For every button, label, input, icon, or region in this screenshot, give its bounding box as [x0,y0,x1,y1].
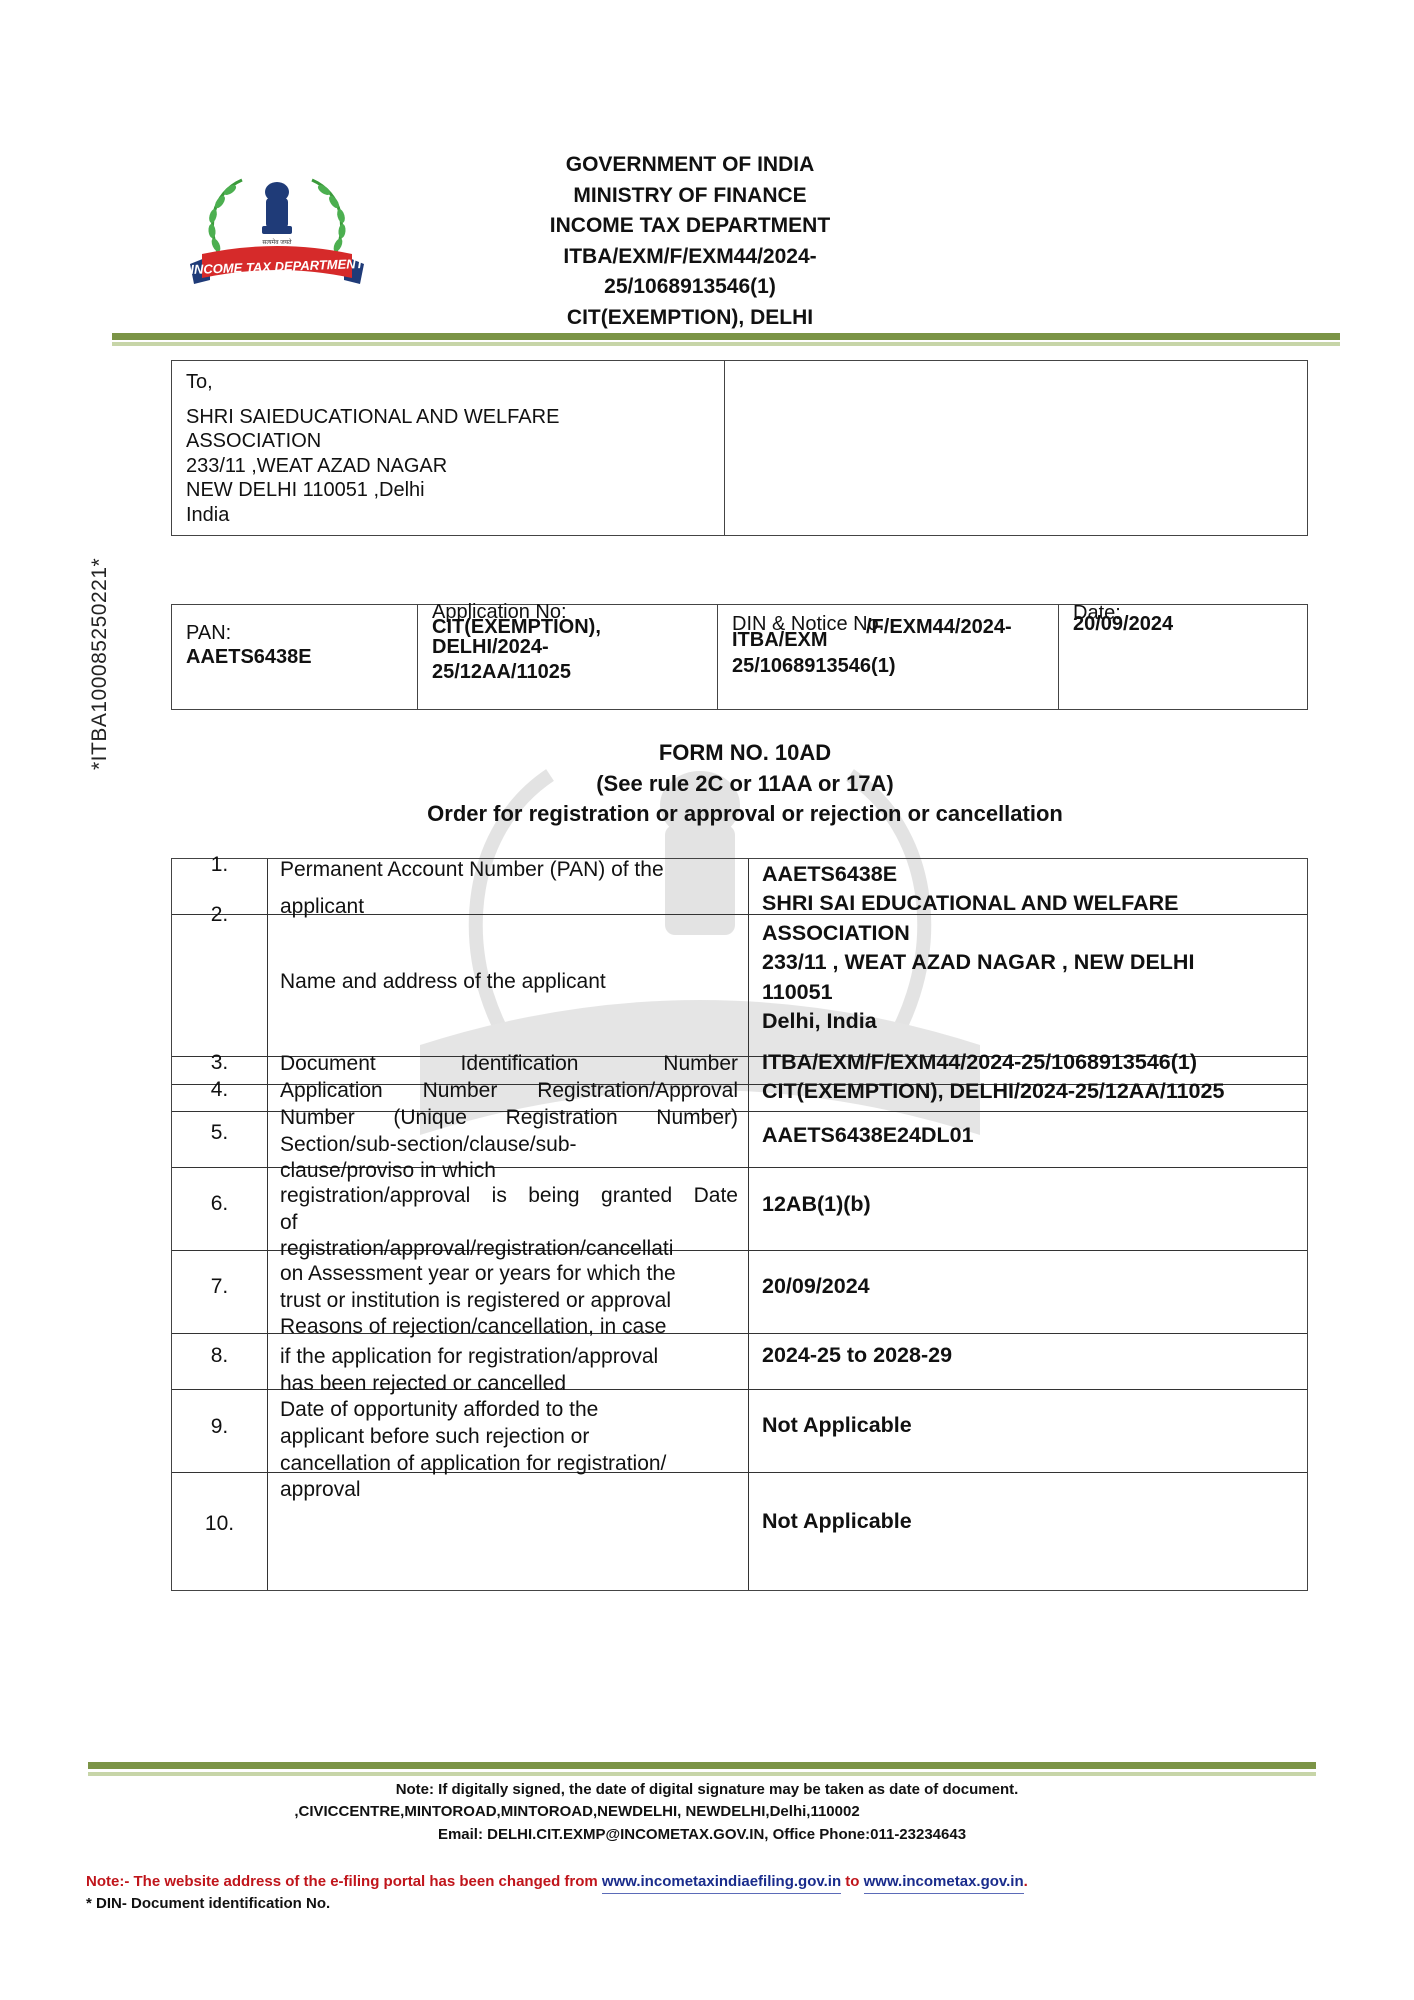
recipient-address: To, SHRI SAIEDUCATIONAL AND WELFARE ASSO… [172,361,725,535]
header-divider-light [112,342,1340,346]
portal-note-suffix: . [1024,1873,1028,1890]
row-value-section: 12AB(1)(b) [762,1190,1302,1220]
row-number: 8. [172,1344,267,1368]
to-label: To, [186,370,724,395]
row-number: 3. [172,1051,267,1075]
din-notice-cell: DIN & Notice No: /F/EXM44/2024- ITBA/EXM… [718,605,1059,709]
row-description: Permanent Account Number (PAN) of the ap… [280,851,738,925]
pan-cell: PAN: AAETS6438E [172,605,418,709]
application-number-line: CIT(EXEMPTION), [432,617,712,637]
document-header: GOVERNMENT OF INDIA MINISTRY OF FINANCE … [490,150,890,333]
old-portal-link[interactable]: www.incometaxindiaefiling.gov.in [602,1873,841,1894]
row-description: Name and address of the applicant [280,969,738,996]
digital-signature-note: Note: If digitally signed, the date of d… [0,1781,1414,1798]
description-line: applicant before such rejection or [280,1424,738,1451]
row-number: 9. [172,1415,267,1439]
din-notice-value: ITBA/EXM 25/1068913546(1) [732,627,895,679]
form-number: FORM NO. 10AD [300,738,1190,769]
description-line: cancellation of application for registra… [280,1451,738,1478]
description-line: Section/sub-section/clause/sub- [280,1132,738,1159]
office-contact: Email: DELHI.CIT.EXMP@INCOMETAX.GOV.IN, … [0,1826,1409,1843]
description-line: if the application for registration/appr… [280,1344,738,1371]
description-line: clause/proviso in which [280,1158,738,1185]
description-line: on Assessment year or years for which th… [280,1261,738,1288]
din-notice-line: ITBA/EXM [732,627,895,653]
description-line: approval [280,1477,738,1504]
applicant-name-line: SHRI SAI EDUCATIONAL AND WELFARE [762,889,1302,919]
row-value-name-address: SHRI SAI EDUCATIONAL AND WELFARE ASSOCIA… [762,889,1302,1037]
svg-text:सत्यमेव जयते: सत्यमेव जयते [262,238,292,246]
portal-change-note: Note:- The website address of the e-fili… [86,1873,1028,1890]
reference-info-row: PAN: AAETS6438E Application No: CIT(EXEM… [171,604,1308,710]
column-divider [267,859,268,1590]
application-number-line: DELHI/2024- [432,637,712,657]
income-tax-department-logo: सत्यमेव जयते INCOME TAX DEPARTMENT [182,168,372,298]
date-cell: Date: 20/09/2024 [1059,605,1307,709]
row-description: Document Identification Number [280,1051,738,1078]
office-address: ,CIVICCENTRE,MINTOROAD,MINTOROAD,NEWDELH… [0,1803,1284,1820]
row-description: applicant before such rejection or cance… [280,1424,738,1504]
description-line: has been rejected or cancelled [280,1371,738,1398]
portal-note-to: to [841,1873,864,1890]
row-value-opportunity-date: Not Applicable [762,1507,1302,1537]
application-number-line: 25/12AA/11025 [432,657,712,687]
row-description: registration/approval is being granted D… [280,1183,738,1263]
portal-note-text: Note:- The website address of the e-fili… [86,1873,602,1890]
pan-label: PAN: [186,621,417,645]
header-divider [112,333,1340,340]
din-footnote: * DIN- Document identification No. [86,1895,330,1912]
description-line: Reasons of rejection/cancellation, in ca… [280,1314,738,1341]
row-number: 2. [172,903,267,927]
order-details-table: 1. Permanent Account Number (PAN) of the… [171,858,1308,1591]
form-subtitle: Order for registration or approval or re… [300,799,1190,830]
row-number: 6. [172,1192,267,1216]
description-line: registration/approval/registration/cance… [280,1236,738,1263]
header-line-reference-2: 25/1068913546(1) [490,272,890,303]
row-value-registration-date: 20/09/2024 [762,1272,1302,1302]
applicant-address-line: 110051 [762,978,1302,1008]
row-number: 4. [172,1078,267,1102]
description-line: Number (Unique Registration Number) [280,1105,738,1132]
row-number: 5. [172,1121,267,1145]
address-blank-cell [725,361,1307,535]
application-number-value: CIT(EXEMPTION), DELHI/2024- 25/12AA/1102… [432,617,712,687]
description-line: Date of opportunity afforded to the [280,1397,738,1424]
address-line: ASSOCIATION [186,429,724,454]
form-heading: FORM NO. 10AD (See rule 2C or 11AA or 17… [300,738,1190,830]
application-number-cell: Application No: CIT(EXEMPTION), DELHI/20… [418,605,718,709]
row-value-application-number: CIT(EXEMPTION), DELHI/2024-25/12AA/11025 [762,1077,1302,1107]
applicant-address-line: 233/11 , WEAT AZAD NAGAR , NEW DELHI [762,948,1302,978]
applicant-name-line: ASSOCIATION [762,919,1302,949]
row-number: 10. [172,1512,267,1536]
row-description: if the application for registration/appr… [280,1344,738,1424]
header-line-ministry: MINISTRY OF FINANCE [490,181,890,212]
header-line-department: INCOME TAX DEPARTMENT [490,211,890,242]
address-line: SHRI SAIEDUCATIONAL AND WELFARE [186,405,724,430]
description-line: trust or institution is registered or ap… [280,1288,738,1315]
din-notice-line: 25/1068913546(1) [732,653,895,679]
pan-value: AAETS6438E [186,645,417,669]
row-value-assessment-years: 2024-25 to 2028-29 [762,1341,1302,1371]
recipient-address-box: To, SHRI SAIEDUCATIONAL AND WELFARE ASSO… [171,360,1308,536]
form-rule-reference: (See rule 2C or 11AA or 17A) [300,769,1190,800]
row-value-rejection-reasons: Not Applicable [762,1411,1302,1441]
row-description: on Assessment year or years for which th… [280,1261,738,1341]
row-description: Number (Unique Registration Number) Sect… [280,1105,738,1185]
row-value-din: ITBA/EXM/F/EXM44/2024-25/1068913546(1) [762,1048,1302,1078]
address-line: 233/11 ,WEAT AZAD NAGAR [186,454,724,479]
emblem-icon: सत्यमेव जयते INCOME TAX DEPARTMENT [182,168,372,298]
header-line-reference-1: ITBA/EXM/F/EXM44/2024- [490,242,890,273]
row-number: 7. [172,1275,267,1299]
footer-divider [88,1762,1316,1769]
row-value-unique-registration-number: AAETS6438E24DL01 [762,1121,1302,1151]
row-number: 1. [172,853,267,877]
new-portal-link[interactable]: www.incometax.gov.in [864,1873,1024,1894]
footer-divider-light [88,1772,1316,1776]
address-line: NEW DELHI 110051 ,Delhi [186,478,724,503]
description-line: of [280,1210,738,1237]
header-line-government: GOVERNMENT OF INDIA [490,150,890,181]
row-value-pan: AAETS6438E [762,860,1302,890]
column-divider [748,859,749,1590]
address-line: India [186,503,724,528]
description-line: registration/approval is being granted D… [280,1183,738,1210]
row-description: Application Number Registration/Approval [280,1078,738,1105]
applicant-address-line: Delhi, India [762,1007,1302,1037]
document-barcode-text: *ITBA100085250221* [88,558,112,770]
date-value: 20/09/2024 [1073,612,1173,636]
header-line-office: CIT(EXEMPTION), DELHI [490,303,890,334]
